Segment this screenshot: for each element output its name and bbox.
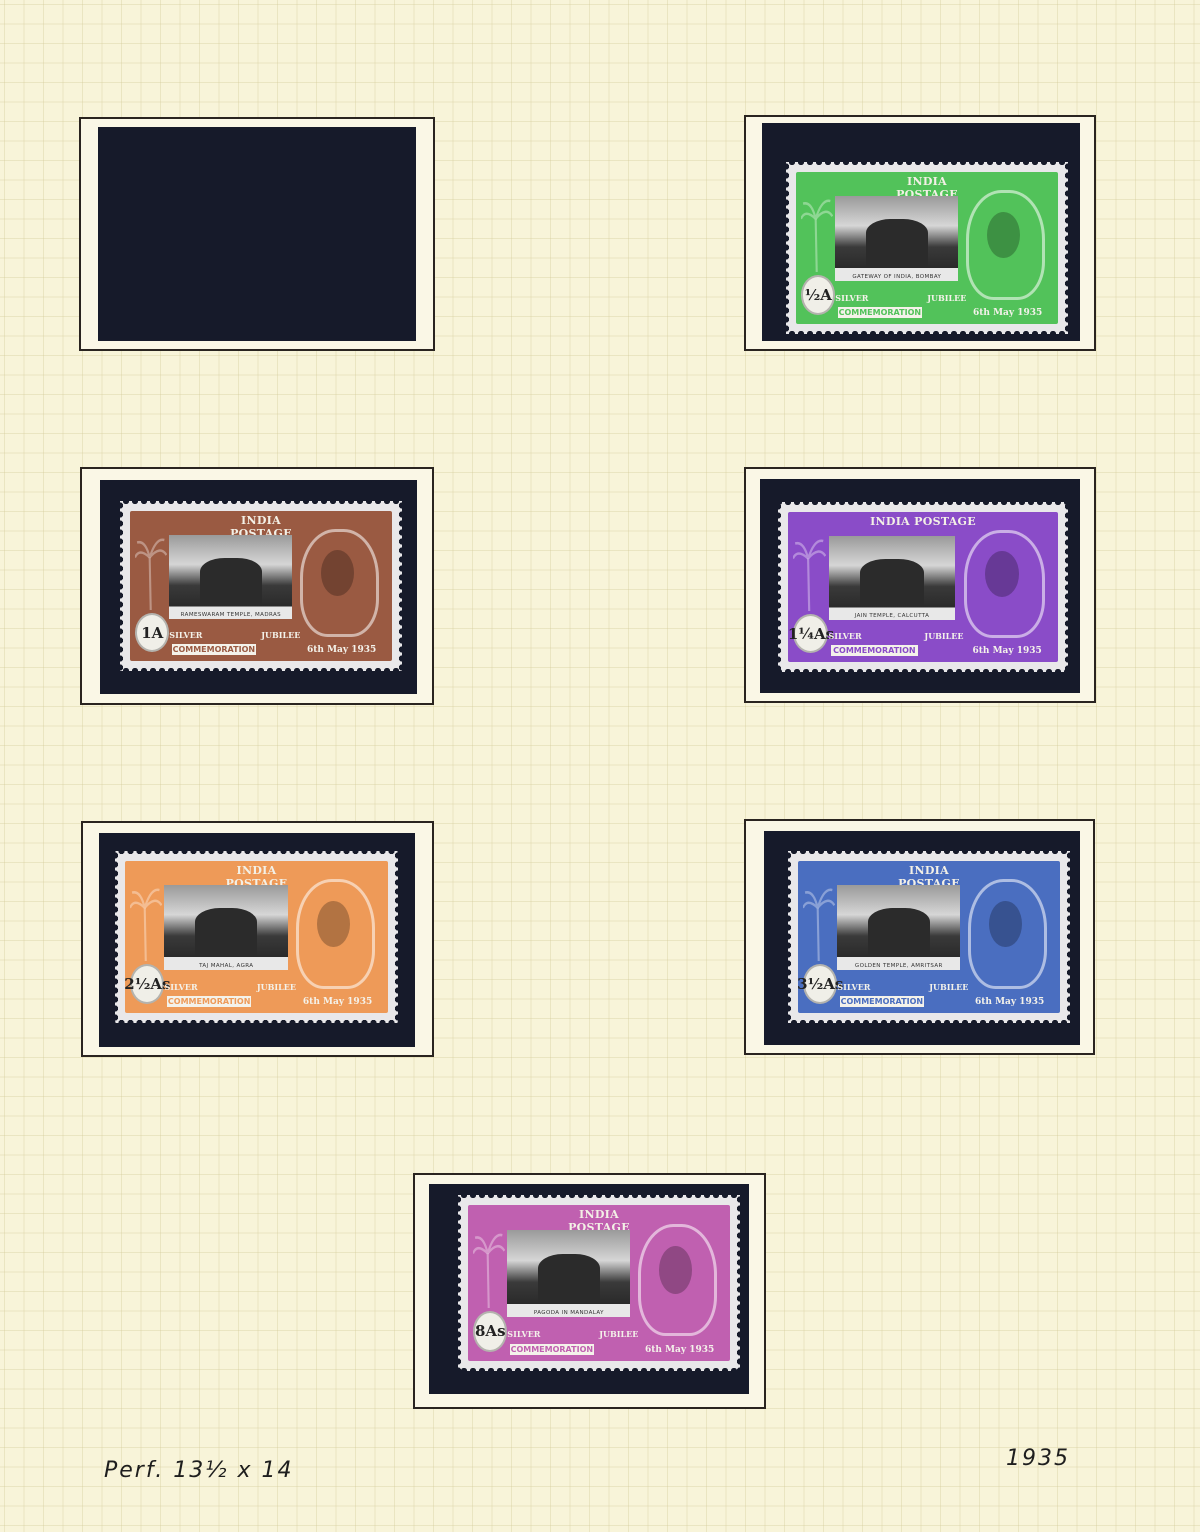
denomination: ½A xyxy=(801,275,835,315)
vignette-image: PAGODA IN MANDALAY xyxy=(507,1230,630,1317)
perforation-right xyxy=(395,501,402,671)
mount-backing xyxy=(98,127,416,341)
stamp-design: INDIA POSTAGE PAGODA IN MANDALAY 8As SIL… xyxy=(468,1205,730,1361)
perforation-left xyxy=(788,851,795,1023)
palm-tree-icon xyxy=(473,1230,504,1308)
jubilee-banner: SILVER JUBILEE xyxy=(829,631,964,641)
perforation-left xyxy=(120,501,127,671)
jubilee-banner: SILVER JUBILEE xyxy=(837,982,968,992)
denomination: 2½As xyxy=(130,964,164,1004)
portrait-head-icon xyxy=(317,901,350,948)
building-icon xyxy=(868,908,930,955)
stamp-design: INDIA POSTAGE TAJ MAHAL, AGRA 2½As SILVE… xyxy=(125,861,388,1013)
palm-tree-icon xyxy=(793,536,825,611)
vignette-caption: JAIN TEMPLE, CALCUTTA xyxy=(829,613,956,619)
vignette-caption: GATEWAY OF INDIA, BOMBAY xyxy=(835,274,958,280)
jubilee-left: SILVER xyxy=(164,982,197,992)
jubilee-left: SILVER xyxy=(835,293,868,303)
commemoration-label: COMMEMORATION xyxy=(167,996,251,1007)
palm-tree-icon xyxy=(130,885,162,961)
stamp-design: INDIA POSTAGE GOLDEN TEMPLE, AMRITSAR 3½… xyxy=(798,861,1060,1013)
stamp[interactable]: INDIA POSTAGE RAMESWARAM TEMPLE, MADRAS … xyxy=(120,501,402,671)
commemoration-label: COMMEMORATION xyxy=(840,996,924,1007)
perforation-right xyxy=(391,851,398,1023)
palm-tree-icon xyxy=(135,535,166,610)
vignette-image: GATEWAY OF INDIA, BOMBAY xyxy=(835,196,958,281)
vignette-image: TAJ MAHAL, AGRA xyxy=(164,885,288,970)
king-portrait xyxy=(966,190,1045,299)
jubilee-banner: SILVER JUBILEE xyxy=(164,982,296,992)
commemoration-label: COMMEMORATION xyxy=(831,645,917,656)
jubilee-left: SILVER xyxy=(829,631,862,641)
jubilee-right: JUBILEE xyxy=(929,982,968,992)
stamp[interactable]: INDIA POSTAGE GOLDEN TEMPLE, AMRITSAR 3½… xyxy=(788,851,1070,1023)
vignette-image: RAMESWARAM TEMPLE, MADRAS xyxy=(169,535,292,619)
king-portrait xyxy=(964,530,1045,638)
portrait-head-icon xyxy=(985,551,1019,597)
denomination: 1¼As xyxy=(793,614,828,653)
palm-tree-icon xyxy=(803,885,834,961)
denomination: 3½As xyxy=(803,964,837,1004)
building-icon xyxy=(866,219,928,266)
year-note: 1935 xyxy=(1006,1446,1070,1471)
commemoration-label: COMMEMORATION xyxy=(510,1344,594,1355)
jubilee-left: SILVER xyxy=(507,1329,540,1339)
king-portrait xyxy=(638,1224,717,1336)
portrait-head-icon xyxy=(659,1246,692,1294)
building-icon xyxy=(538,1254,600,1302)
country-label: INDIA POSTAGE xyxy=(869,515,977,528)
jubilee-right: JUBILEE xyxy=(261,630,300,640)
stamp-mount: INDIA POSTAGE TAJ MAHAL, AGRA 2½As SILVE… xyxy=(81,821,434,1057)
building-icon xyxy=(195,908,257,955)
stamp-mount: INDIA POSTAGE GATEWAY OF INDIA, BOMBAY ½… xyxy=(744,115,1096,351)
perforation-left xyxy=(115,851,122,1023)
perforation-note: Perf. 13½ x 14 xyxy=(104,1458,294,1483)
building-icon xyxy=(200,558,262,604)
issue-date: 6th May 1935 xyxy=(973,308,1042,318)
stamp-mount: INDIA POSTAGE JAIN TEMPLE, CALCUTTA 1¼As… xyxy=(744,467,1096,703)
palm-tree-icon xyxy=(801,196,832,272)
stamp-design: INDIA POSTAGE GATEWAY OF INDIA, BOMBAY ½… xyxy=(796,172,1058,324)
jubilee-left: SILVER xyxy=(837,982,870,992)
vignette-caption: PAGODA IN MANDALAY xyxy=(507,1310,630,1316)
king-portrait xyxy=(968,879,1047,988)
vignette-caption: TAJ MAHAL, AGRA xyxy=(164,963,288,969)
stamp[interactable]: INDIA POSTAGE TAJ MAHAL, AGRA 2½As SILVE… xyxy=(115,851,398,1023)
perforation-left xyxy=(458,1195,465,1371)
stamp-mount: INDIA POSTAGE GOLDEN TEMPLE, AMRITSAR 3½… xyxy=(744,819,1095,1055)
building-icon xyxy=(860,559,923,605)
issue-date: 6th May 1935 xyxy=(303,997,372,1007)
commemoration-label: COMMEMORATION xyxy=(838,307,922,318)
stamp[interactable]: INDIA POSTAGE PAGODA IN MANDALAY 8As SIL… xyxy=(458,1195,740,1371)
vignette-caption: RAMESWARAM TEMPLE, MADRAS xyxy=(169,612,292,618)
issue-date: 6th May 1935 xyxy=(645,1345,714,1355)
perforation-right xyxy=(1063,851,1070,1023)
vignette-image: JAIN TEMPLE, CALCUTTA xyxy=(829,536,956,620)
stamp-mount: INDIA POSTAGE PAGODA IN MANDALAY 8As SIL… xyxy=(413,1173,766,1409)
perforation-right xyxy=(1061,162,1068,334)
issue-date: 6th May 1935 xyxy=(975,997,1044,1007)
stamp-design: INDIA POSTAGE JAIN TEMPLE, CALCUTTA 1¼As… xyxy=(788,512,1058,662)
issue-date: 6th May 1935 xyxy=(307,645,376,655)
commemoration-label: COMMEMORATION xyxy=(172,644,256,655)
king-portrait xyxy=(300,529,379,637)
jubilee-banner: SILVER JUBILEE xyxy=(169,630,300,640)
jubilee-banner: SILVER JUBILEE xyxy=(507,1329,638,1339)
jubilee-right: JUBILEE xyxy=(927,293,966,303)
perforation-left xyxy=(786,162,793,334)
stamp[interactable]: INDIA POSTAGE JAIN TEMPLE, CALCUTTA 1¼As… xyxy=(778,502,1068,672)
stamp-design: INDIA POSTAGE RAMESWARAM TEMPLE, MADRAS … xyxy=(130,511,392,661)
jubilee-right: JUBILEE xyxy=(924,631,963,641)
portrait-head-icon xyxy=(987,212,1020,259)
jubilee-right: JUBILEE xyxy=(599,1329,638,1339)
stamp[interactable]: INDIA POSTAGE GATEWAY OF INDIA, BOMBAY ½… xyxy=(786,162,1068,334)
perforation-left xyxy=(778,502,785,672)
perforation-right xyxy=(733,1195,740,1371)
issue-date: 6th May 1935 xyxy=(973,646,1042,656)
portrait-head-icon xyxy=(989,901,1022,948)
jubilee-left: SILVER xyxy=(169,630,202,640)
king-portrait xyxy=(296,879,375,988)
denomination: 8As xyxy=(473,1311,507,1352)
vignette-caption: GOLDEN TEMPLE, AMRITSAR xyxy=(837,963,960,969)
stamp-mount-empty xyxy=(79,117,435,351)
jubilee-banner: SILVER JUBILEE xyxy=(835,293,966,303)
perforation-right xyxy=(1061,502,1068,672)
jubilee-right: JUBILEE xyxy=(257,982,296,992)
vignette-image: GOLDEN TEMPLE, AMRITSAR xyxy=(837,885,960,970)
portrait-head-icon xyxy=(321,550,354,596)
stamp-mount: INDIA POSTAGE RAMESWARAM TEMPLE, MADRAS … xyxy=(80,467,434,705)
denomination: 1A xyxy=(135,613,169,652)
